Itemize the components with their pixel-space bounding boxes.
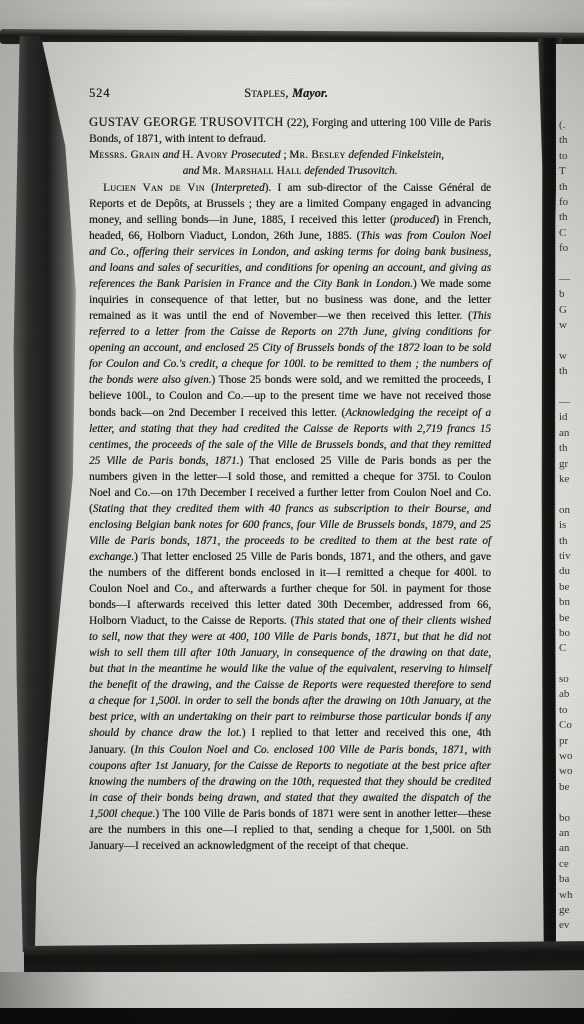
counsel-line-2: and Mr. Marshall Hall defended Trusovitc… [89,163,491,179]
photo-bottom-border [0,1008,584,1024]
facing-page-fragments: (.thtoTthfothCfo —bGw wth —idanthgrke on… [556,44,584,934]
book-photo: 524 Staples, Mayor. GUSTAV GEORGE TRUSOV… [0,0,584,1024]
testimony-paragraph: Lucien Van de Vin (Interpreted). I am su… [89,180,491,854]
counsel-line-1: Messrs. Grain and H. Avory Prosecuted ; … [89,147,491,163]
left-page: 524 Staples, Mayor. GUSTAV GEORGE TRUSOV… [30,42,545,950]
page-number: 524 [89,86,159,101]
running-header: Staples, Mayor. [159,86,491,101]
case-title: GUSTAV GEORGE TRUSOVITCH (22), Forging a… [89,114,491,147]
book-bottom-edge [0,972,584,1012]
page-content: 524 Staples, Mayor. GUSTAV GEORGE TRUSOV… [30,42,545,854]
page-header: 524 Staples, Mayor. [89,86,491,101]
facing-page: (.thtoTthfothCfo —bGw wth —idanthgrke on… [556,44,584,950]
bottom-page-shadow [24,941,584,975]
